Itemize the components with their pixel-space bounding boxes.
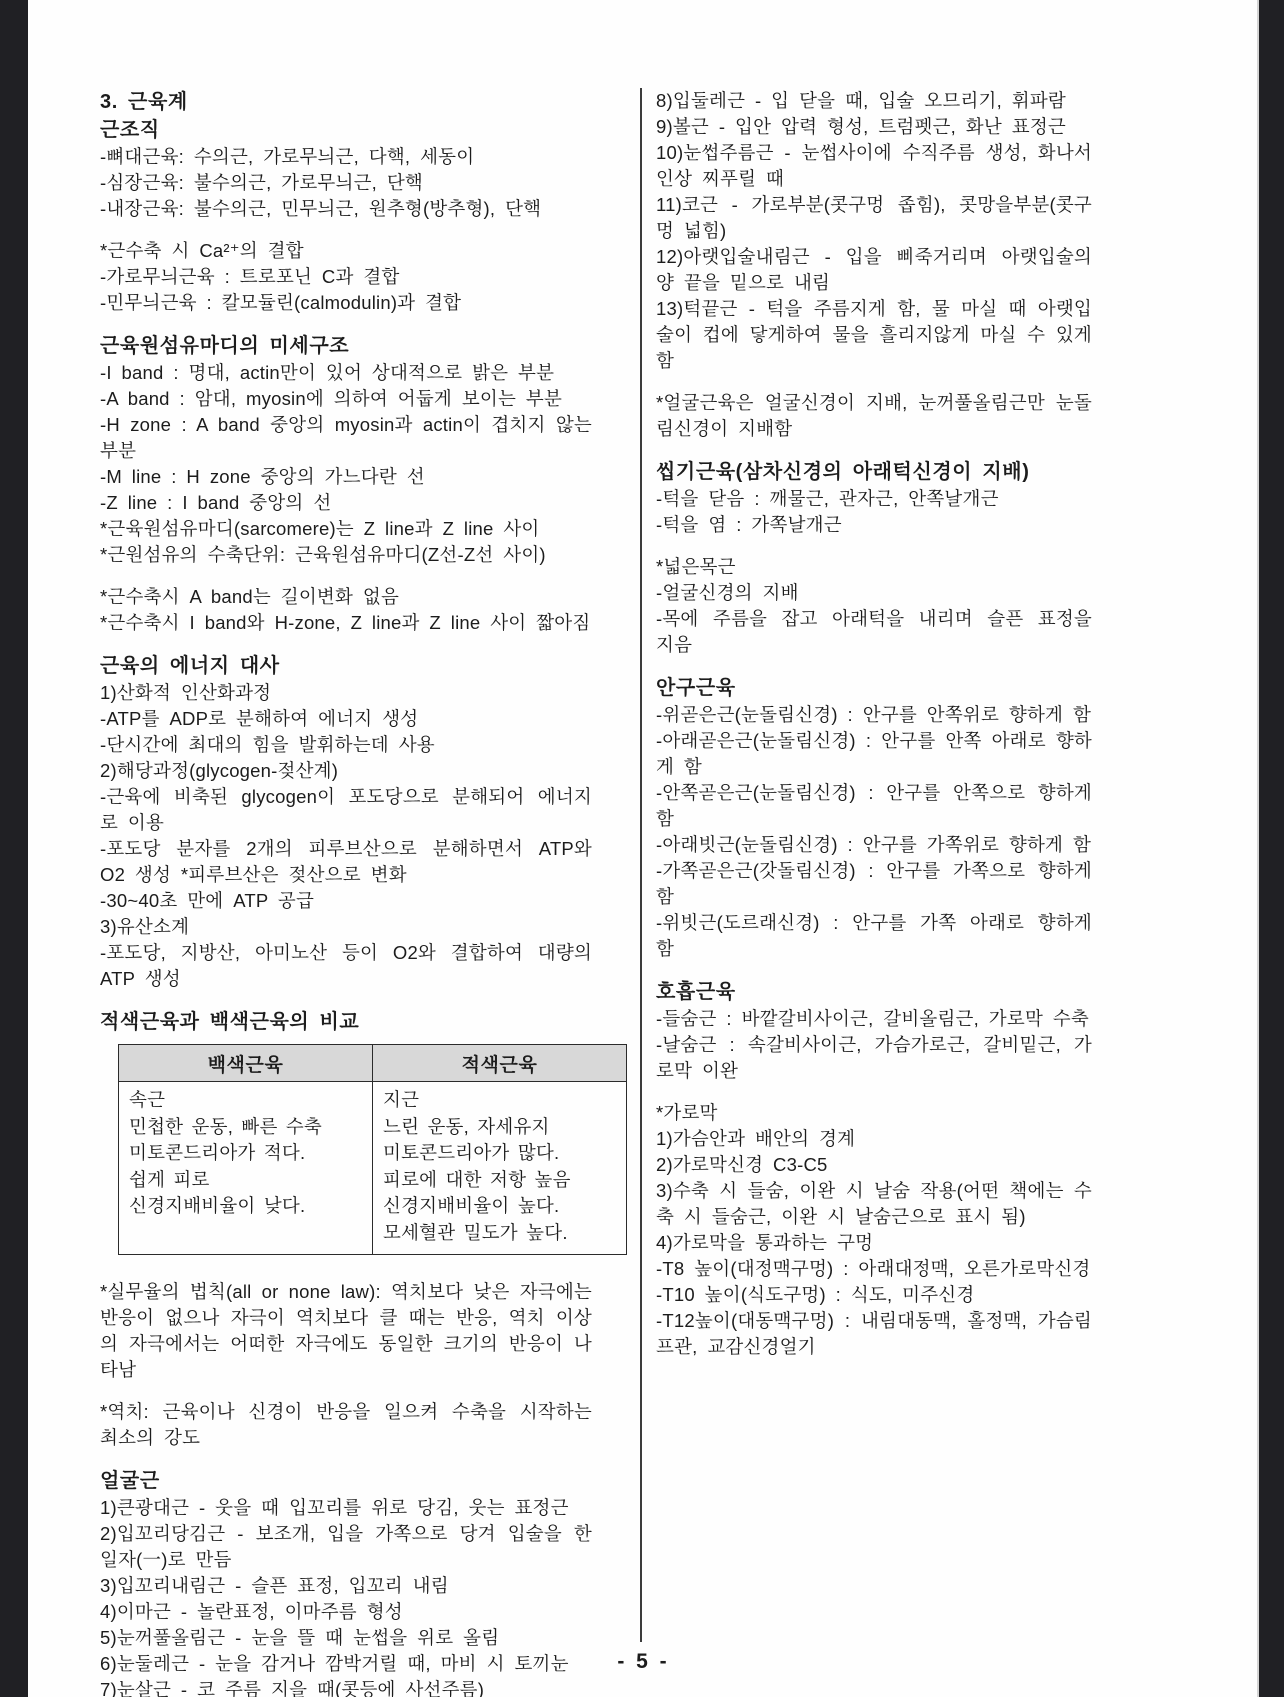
text-line: 11)코근 - 가로부분(콧구멍 좁힘), 콧망을부분(콧구멍 넓힘) — [656, 192, 1092, 244]
table-cell-line: 민첩한 운동, 빠른 수축 — [129, 1114, 362, 1141]
right-column: 8)입둘레근 - 입 닫을 때, 입술 오므리기, 휘파람9)볼근 - 입안 압… — [656, 88, 1092, 1360]
text-line: 1)산화적 인산화과정 — [100, 680, 592, 706]
paragraph-gap — [100, 1383, 592, 1399]
text-line: *얼굴근육은 얼굴신경이 지배, 눈꺼풀올림근만 눈돌림신경이 지배함 — [656, 390, 1092, 442]
text-line: 2)해당과정(glycogen-젖산계) — [100, 758, 592, 784]
section-heading: 근조직 — [100, 117, 592, 144]
text-line: -위빗근(도르래신경) : 안구를 가쪽 아래로 향하게 함 — [656, 910, 1092, 962]
text-line: -날숨근 : 속갈비사이근, 가슴가로근, 갈비밑근, 가로막 이완 — [656, 1032, 1092, 1084]
text-line: -T12높이(대동맥구멍) : 내림대동맥, 홀정맥, 가슴림프관, 교감신경얼… — [656, 1308, 1092, 1360]
text-line: 1)가슴안과 배안의 경계 — [656, 1126, 1092, 1152]
paragraph-gap — [100, 316, 592, 332]
section-heading: 호흡근육 — [656, 979, 1092, 1006]
text-line: 8)입둘레근 - 입 닫을 때, 입술 오므리기, 휘파람 — [656, 88, 1092, 114]
table-cell-line: 느린 운동, 자세유지 — [383, 1114, 616, 1141]
text-line: 13)턱끝근 - 턱을 주름지게 함, 물 마실 때 아랫입술이 컵에 닿게하여… — [656, 296, 1092, 374]
table-cell-line: 모세혈관 밀도가 높다. — [383, 1220, 616, 1247]
text-line: -아래곧은근(눈돌림신경) : 안구를 안쪽 아래로 향하게 함 — [656, 728, 1092, 780]
section-heading: 씹기근육(삼차신경의 아래턱신경이 지배) — [656, 459, 1092, 486]
text-line: 1)큰광대근 - 웃을 때 입꼬리를 위로 당김, 웃는 표정근 — [100, 1495, 592, 1521]
text-line: *근수축 시 Ca²⁺의 결합 — [100, 238, 592, 264]
left-frame — [0, 0, 28, 1697]
text-line: 12)아랫입술내림근 - 입을 삐죽거리며 아랫입술의 양 끝을 밑으로 내림 — [656, 244, 1092, 296]
column-divider — [640, 88, 642, 1642]
text-line: *넓은목근 — [656, 554, 1092, 580]
page-number: - 5 - — [28, 1650, 1259, 1674]
text-line: -민무늬근육 : 칼모듈린(calmodulin)과 결합 — [100, 290, 592, 316]
section-heading: 3. 근육계 — [100, 89, 592, 116]
text-line: 2)가로막신경 C3-C5 — [656, 1152, 1092, 1178]
text-line: -아래빗근(눈돌림신경) : 안구를 가쪽위로 향하게 함 — [656, 832, 1092, 858]
text-line: -30~40초 만에 ATP 공급 — [100, 888, 592, 914]
text-line: -들숨근 : 바깥갈비사이근, 갈비올림근, 가로막 수축 — [656, 1006, 1092, 1032]
text-line: -Z line : I band 중앙의 선 — [100, 490, 592, 516]
text-line: -내장근육: 불수의근, 민무늬근, 원추형(방추형), 단핵 — [100, 196, 592, 222]
section-heading: 근육의 에너지 대사 — [100, 653, 592, 680]
text-line: -H zone : A band 중앙의 myosin과 actin이 겹치지 … — [100, 412, 592, 464]
text-line: 2)입꼬리당김근 - 보조개, 입을 가쪽으로 당겨 입술을 한 일자(一)로 … — [100, 1521, 592, 1573]
text-line: *실무율의 법칙(all or none law): 역치보다 낮은 자극에는 … — [100, 1279, 592, 1383]
paragraph-gap — [100, 568, 592, 584]
paragraph-gap — [656, 1084, 1092, 1100]
text-line: -안쪽곧은근(눈돌림신경) : 안구를 안쪽으로 향하게 함 — [656, 780, 1092, 832]
text-line: 3)입꼬리내림근 - 슬픈 표정, 입꼬리 내림 — [100, 1573, 592, 1599]
table-cell: 속근민첩한 운동, 빠른 수축미토콘드리아가 적다.쉽게 피로신경지배비율이 낮… — [119, 1082, 373, 1255]
comparison-table: 백색근육적색근육속근민첩한 운동, 빠른 수축미토콘드리아가 적다.쉽게 피로신… — [118, 1044, 627, 1255]
text-line: -턱을 염 : 가쪽날개근 — [656, 512, 1092, 538]
text-line: 5)눈꺼풀올림근 - 눈을 뜰 때 눈썹을 위로 올림 — [100, 1625, 592, 1651]
table-cell-line: 신경지배비율이 높다. — [383, 1193, 616, 1220]
text-line: -심장근육: 불수의근, 가로무늬근, 단핵 — [100, 170, 592, 196]
section-heading: 적색근육과 백색근육의 비교 — [100, 1009, 592, 1036]
paragraph-gap — [656, 374, 1092, 390]
left-column: 3. 근육계근조직-뼈대근육: 수의근, 가로무늬근, 다핵, 세동이-심장근육… — [100, 88, 592, 1697]
right-frame — [1257, 0, 1284, 1697]
paragraph-gap — [100, 636, 592, 652]
text-line: -포도당, 지방산, 아미노산 등이 O2와 결합하여 대량의 ATP 생성 — [100, 940, 592, 992]
text-line: *역치: 근육이나 신경이 반응을 일으켜 수축을 시작하는 최소의 강도 — [100, 1399, 592, 1451]
paragraph-gap — [100, 992, 592, 1008]
table-cell-line: 쉽게 피로 — [129, 1167, 362, 1194]
text-line: -A band : 암대, myosin에 의하여 어둡게 보이는 부분 — [100, 386, 592, 412]
table-cell-line: 속근 — [129, 1087, 362, 1114]
text-line: 3)유산소계 — [100, 914, 592, 940]
section-heading: 근육원섬유마디의 미세구조 — [100, 333, 592, 360]
section-heading: 안구근육 — [656, 675, 1092, 702]
text-line: -ATP를 ADP로 분해하여 에너지 생성 — [100, 706, 592, 732]
text-line: -가로무늬근육 : 트로포닌 C과 결합 — [100, 264, 592, 290]
table-cell-line: 피로에 대한 저항 높음 — [383, 1167, 616, 1194]
text-line: -포도당 분자를 2개의 피루브산으로 분해하면서 ATP와 O2 생성 *피루… — [100, 836, 592, 888]
text-line: -T10 높이(식도구멍) : 식도, 미주신경 — [656, 1282, 1092, 1308]
paragraph-gap — [656, 658, 1092, 674]
text-line: 10)눈썹주름근 - 눈썹사이에 수직주름 생성, 화나서 인상 찌푸릴 때 — [656, 140, 1092, 192]
paragraph-gap — [100, 222, 592, 238]
table-cell-line: 미토콘드리아가 적다. — [129, 1140, 362, 1167]
text-line: 9)볼근 - 입안 압력 형성, 트럼펫근, 화난 표정근 — [656, 114, 1092, 140]
text-line: -목에 주름을 잡고 아래턱을 내리며 슬픈 표정을 지음 — [656, 606, 1092, 658]
text-line: *근수축시 I band와 H-zone, Z line과 Z line 사이 … — [100, 610, 592, 636]
text-line: *근원섬유의 수축단위: 근육원섬유마디(Z선-Z선 사이) — [100, 542, 592, 568]
text-line: 7)눈살근 - 코 주름 지을 때(콧등에 사선주름) — [100, 1677, 592, 1697]
text-line: -근육에 비축된 glycogen이 포도당으로 분해되어 에너지로 이용 — [100, 784, 592, 836]
table-header-cell: 백색근육 — [119, 1045, 373, 1082]
paragraph-gap — [100, 1263, 592, 1279]
text-line: -T8 높이(대정맥구멍) : 아래대정맥, 오른가로막신경 — [656, 1256, 1092, 1282]
text-line: -턱을 닫음 : 깨물근, 관자근, 안쪽날개근 — [656, 486, 1092, 512]
text-line: 3)수축 시 들숨, 이완 시 날숨 작용(어떤 책에는 수축 시 들숨근, 이… — [656, 1178, 1092, 1230]
text-line: *근수축시 A band는 길이변화 없음 — [100, 584, 592, 610]
text-line: -얼굴신경의 지배 — [656, 580, 1092, 606]
table-header-cell: 적색근육 — [373, 1045, 627, 1082]
text-line: *근육원섬유마디(sarcomere)는 Z line과 Z line 사이 — [100, 516, 592, 542]
text-line: -가쪽곧은근(갓돌림신경) : 안구를 가쪽으로 향하게 함 — [656, 858, 1092, 910]
paragraph-gap — [656, 442, 1092, 458]
text-line: 4)가로막을 통과하는 구멍 — [656, 1230, 1092, 1256]
text-line: -M line : H zone 중앙의 가느다란 선 — [100, 464, 592, 490]
table-cell-line: 지근 — [383, 1087, 616, 1114]
text-line: -위곧은근(눈돌림신경) : 안구를 안쪽위로 향하게 함 — [656, 702, 1092, 728]
section-heading: 얼굴근 — [100, 1468, 592, 1495]
paragraph-gap — [656, 962, 1092, 978]
table-cell-line: 신경지배비율이 낮다. — [129, 1193, 362, 1220]
text-line: -뼈대근육: 수의근, 가로무늬근, 다핵, 세동이 — [100, 144, 592, 170]
paragraph-gap — [656, 538, 1092, 554]
text-line: -단시간에 최대의 힘을 발휘하는데 사용 — [100, 732, 592, 758]
text-line: *가로막 — [656, 1100, 1092, 1126]
text-line: -I band : 명대, actin만이 있어 상대적으로 밝은 부분 — [100, 360, 592, 386]
table-cell: 지근느린 운동, 자세유지미토콘드리아가 많다.피로에 대한 저항 높음신경지배… — [373, 1082, 627, 1255]
table-cell-line: 미토콘드리아가 많다. — [383, 1140, 616, 1167]
text-line: 4)이마근 - 놀란표정, 이마주름 형성 — [100, 1599, 592, 1625]
paragraph-gap — [100, 1451, 592, 1467]
